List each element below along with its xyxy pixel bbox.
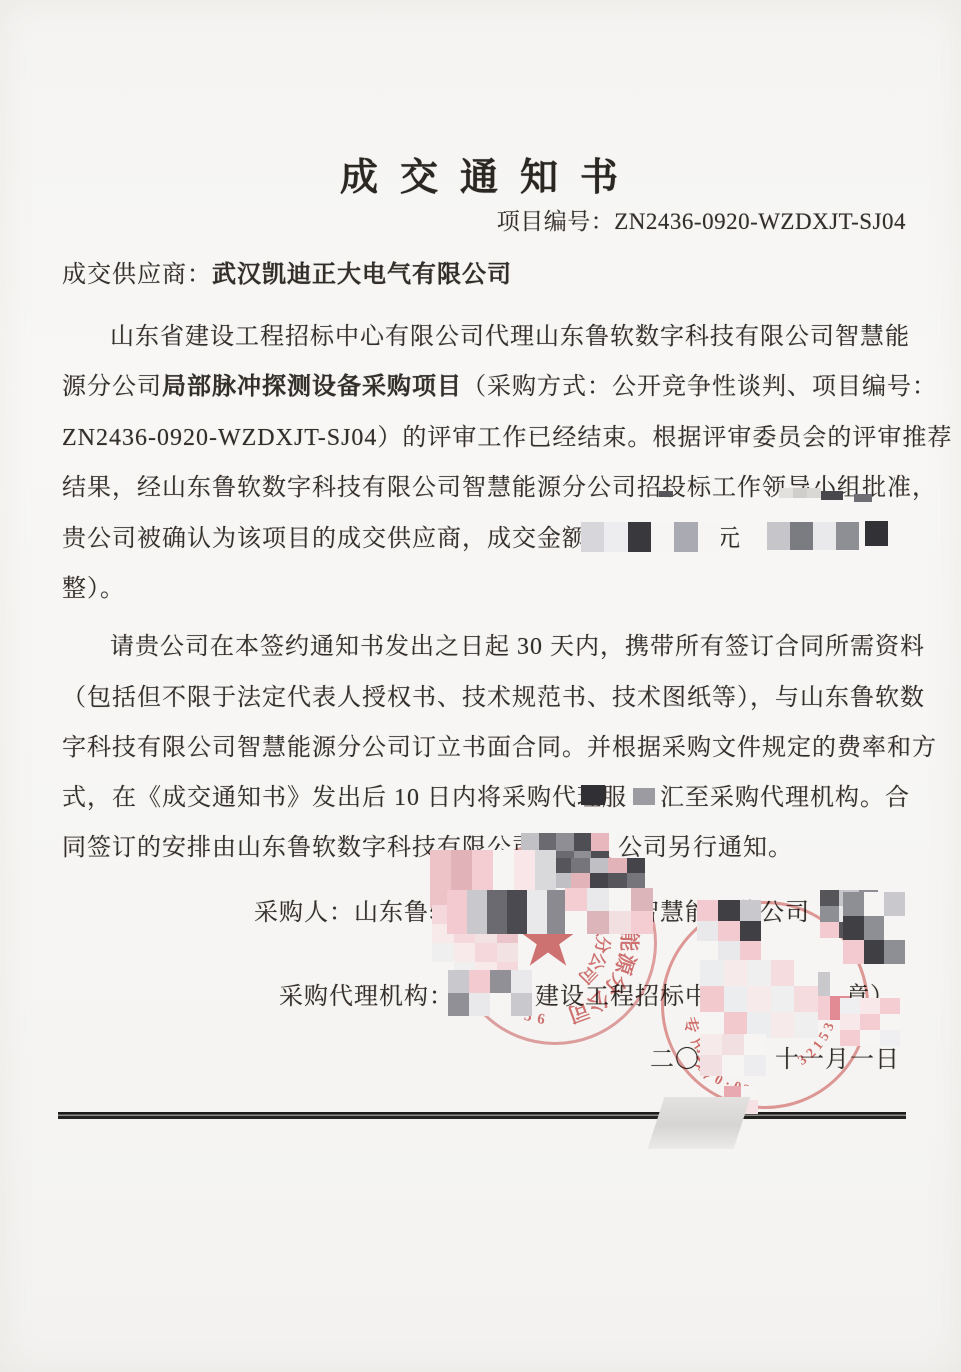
project-number-line: 项目编号：ZN2436-0920-WZDXJT-SJ04 — [497, 203, 906, 236]
para1-line2-pre: 源分公司 — [62, 374, 162, 400]
document-title: 成交通知书 — [340, 146, 640, 201]
agency-label: 采购代理机构： — [279, 980, 454, 1014]
redaction-mosaic — [633, 788, 655, 805]
footer-rule — [58, 1112, 906, 1119]
project-number-value: ZN2436-0920-WZDXJT-SJ04 — [614, 209, 906, 234]
para2-line4-pre: 式，在《成交通知书》发出后 10 日内将采购代理服 — [62, 781, 627, 815]
project-number-label: 项目编号： — [497, 209, 615, 234]
redaction-mosaic — [843, 892, 905, 964]
para2-line3: 字科技有限公司智慧能源分公司订立书面合同。并根据采购文件规定的费率和方 — [62, 731, 937, 765]
para1-line2: 源分公司局部脉冲探测设备采购项目（采购方式：公开竞争性谈判、项目编号： — [62, 370, 937, 404]
redaction-mosaic — [779, 488, 821, 498]
redaction-mosaic — [840, 998, 900, 1046]
para1-line3: ZN2436-0920-WZDXJT-SJ04）的评审工作已经结束。根据评审委员… — [62, 421, 952, 455]
para1-line5: 贵公司被确认为该项目的成交供应商，成交金额为 — [62, 522, 612, 556]
redaction-mosaic — [700, 1034, 766, 1076]
project-name-bold: 局部脉冲探测设备采购项目 — [162, 374, 462, 400]
para2-line2: （包括但不限于法定代表人授权书、技术规范书、技术图纸等），与山东鲁软数 — [62, 681, 925, 715]
redaction-mosaic — [581, 522, 721, 552]
redaction-mosaic — [821, 491, 843, 500]
redaction-mosaic — [447, 890, 567, 934]
redaction-mosaic — [767, 522, 859, 550]
footer-rule-patch — [648, 1097, 751, 1149]
redaction-mosaic — [854, 494, 872, 502]
stamp-arc-glyph: 6 — [536, 1011, 546, 1029]
para1-line6: 整）。 — [62, 572, 125, 606]
redaction-mosaic — [448, 970, 532, 1016]
redaction-mosaic — [581, 785, 605, 805]
supplier-name: 武汉凯迪正大电气有限公司 — [212, 262, 512, 288]
para1-line2-post: （采购方式：公开竞争性谈判、项目编号： — [462, 374, 937, 400]
redaction-mosaic — [865, 521, 888, 546]
redaction-mosaic — [553, 858, 645, 888]
supplier-line: 成交供应商：武汉凯迪正大电气有限公司 — [62, 258, 512, 292]
redaction-mosaic — [697, 900, 761, 962]
redaction-mosaic — [659, 491, 673, 497]
para1-line1: 山东省建设工程招标中心有限公司代理山东鲁软数字科技有限公司智慧能 — [62, 320, 910, 354]
para2-line4-post: 汇至采购代理机构。合 — [660, 781, 910, 815]
para2-line1: 请贵公司在本签约通知书发出之日起 30 天内，携带所有签订合同所需资料 — [62, 630, 925, 664]
redaction-mosaic — [565, 888, 653, 934]
supplier-label: 成交供应商： — [62, 262, 212, 288]
redaction-mosaic — [700, 960, 818, 1038]
award-notice-page: 成交通知书 项目编号：ZN2436-0920-WZDXJT-SJ04 成交供应商… — [0, 0, 961, 1372]
